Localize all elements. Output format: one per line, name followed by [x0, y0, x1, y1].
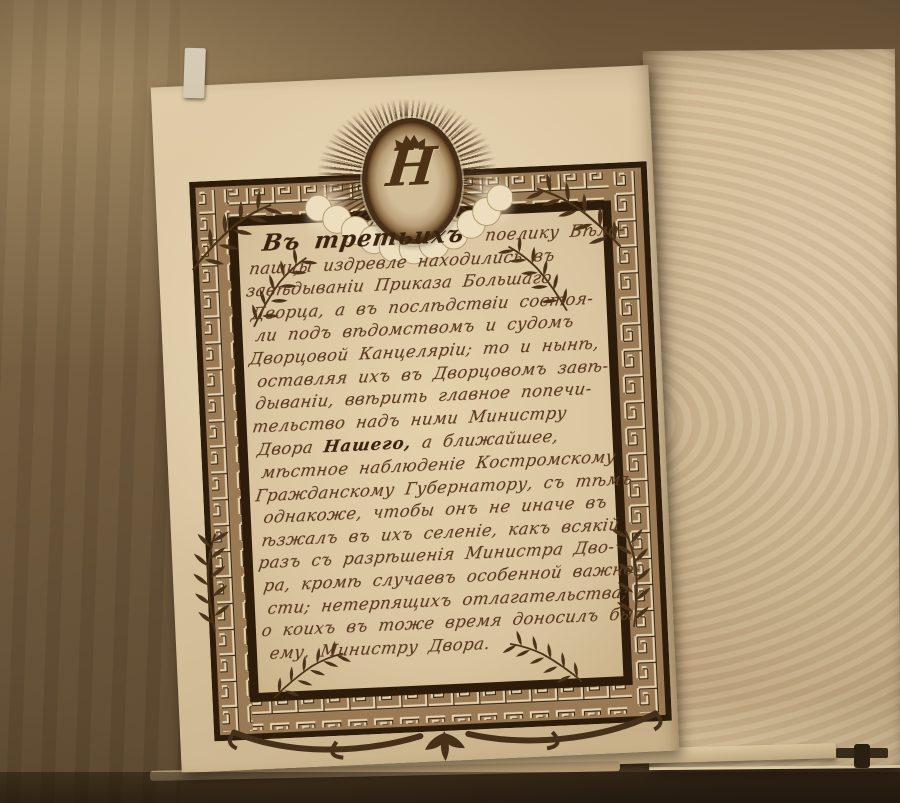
tab-ring — [186, 90, 206, 118]
emphasized-word: Нашего, — [322, 432, 413, 456]
table-edge-shadow — [0, 772, 900, 803]
manuscript-text: Въ третьихъ поелику Бѣло- пашцы издревле… — [245, 218, 616, 666]
book-clasp — [836, 744, 888, 770]
manuscript-page: Н Въ третьихъ поелику Бѣло- пашцы издрев… — [151, 65, 680, 773]
laurel-sprig — [191, 527, 233, 632]
line-text: Двора — [256, 438, 314, 460]
line-text: а ближайшее, — [421, 427, 560, 452]
photograph-of-open-book: Н Въ третьихъ поелику Бѣло- пашцы издрев… — [0, 0, 900, 803]
imperial-monogram: Н — [385, 144, 439, 193]
blank-right-page — [643, 49, 900, 770]
